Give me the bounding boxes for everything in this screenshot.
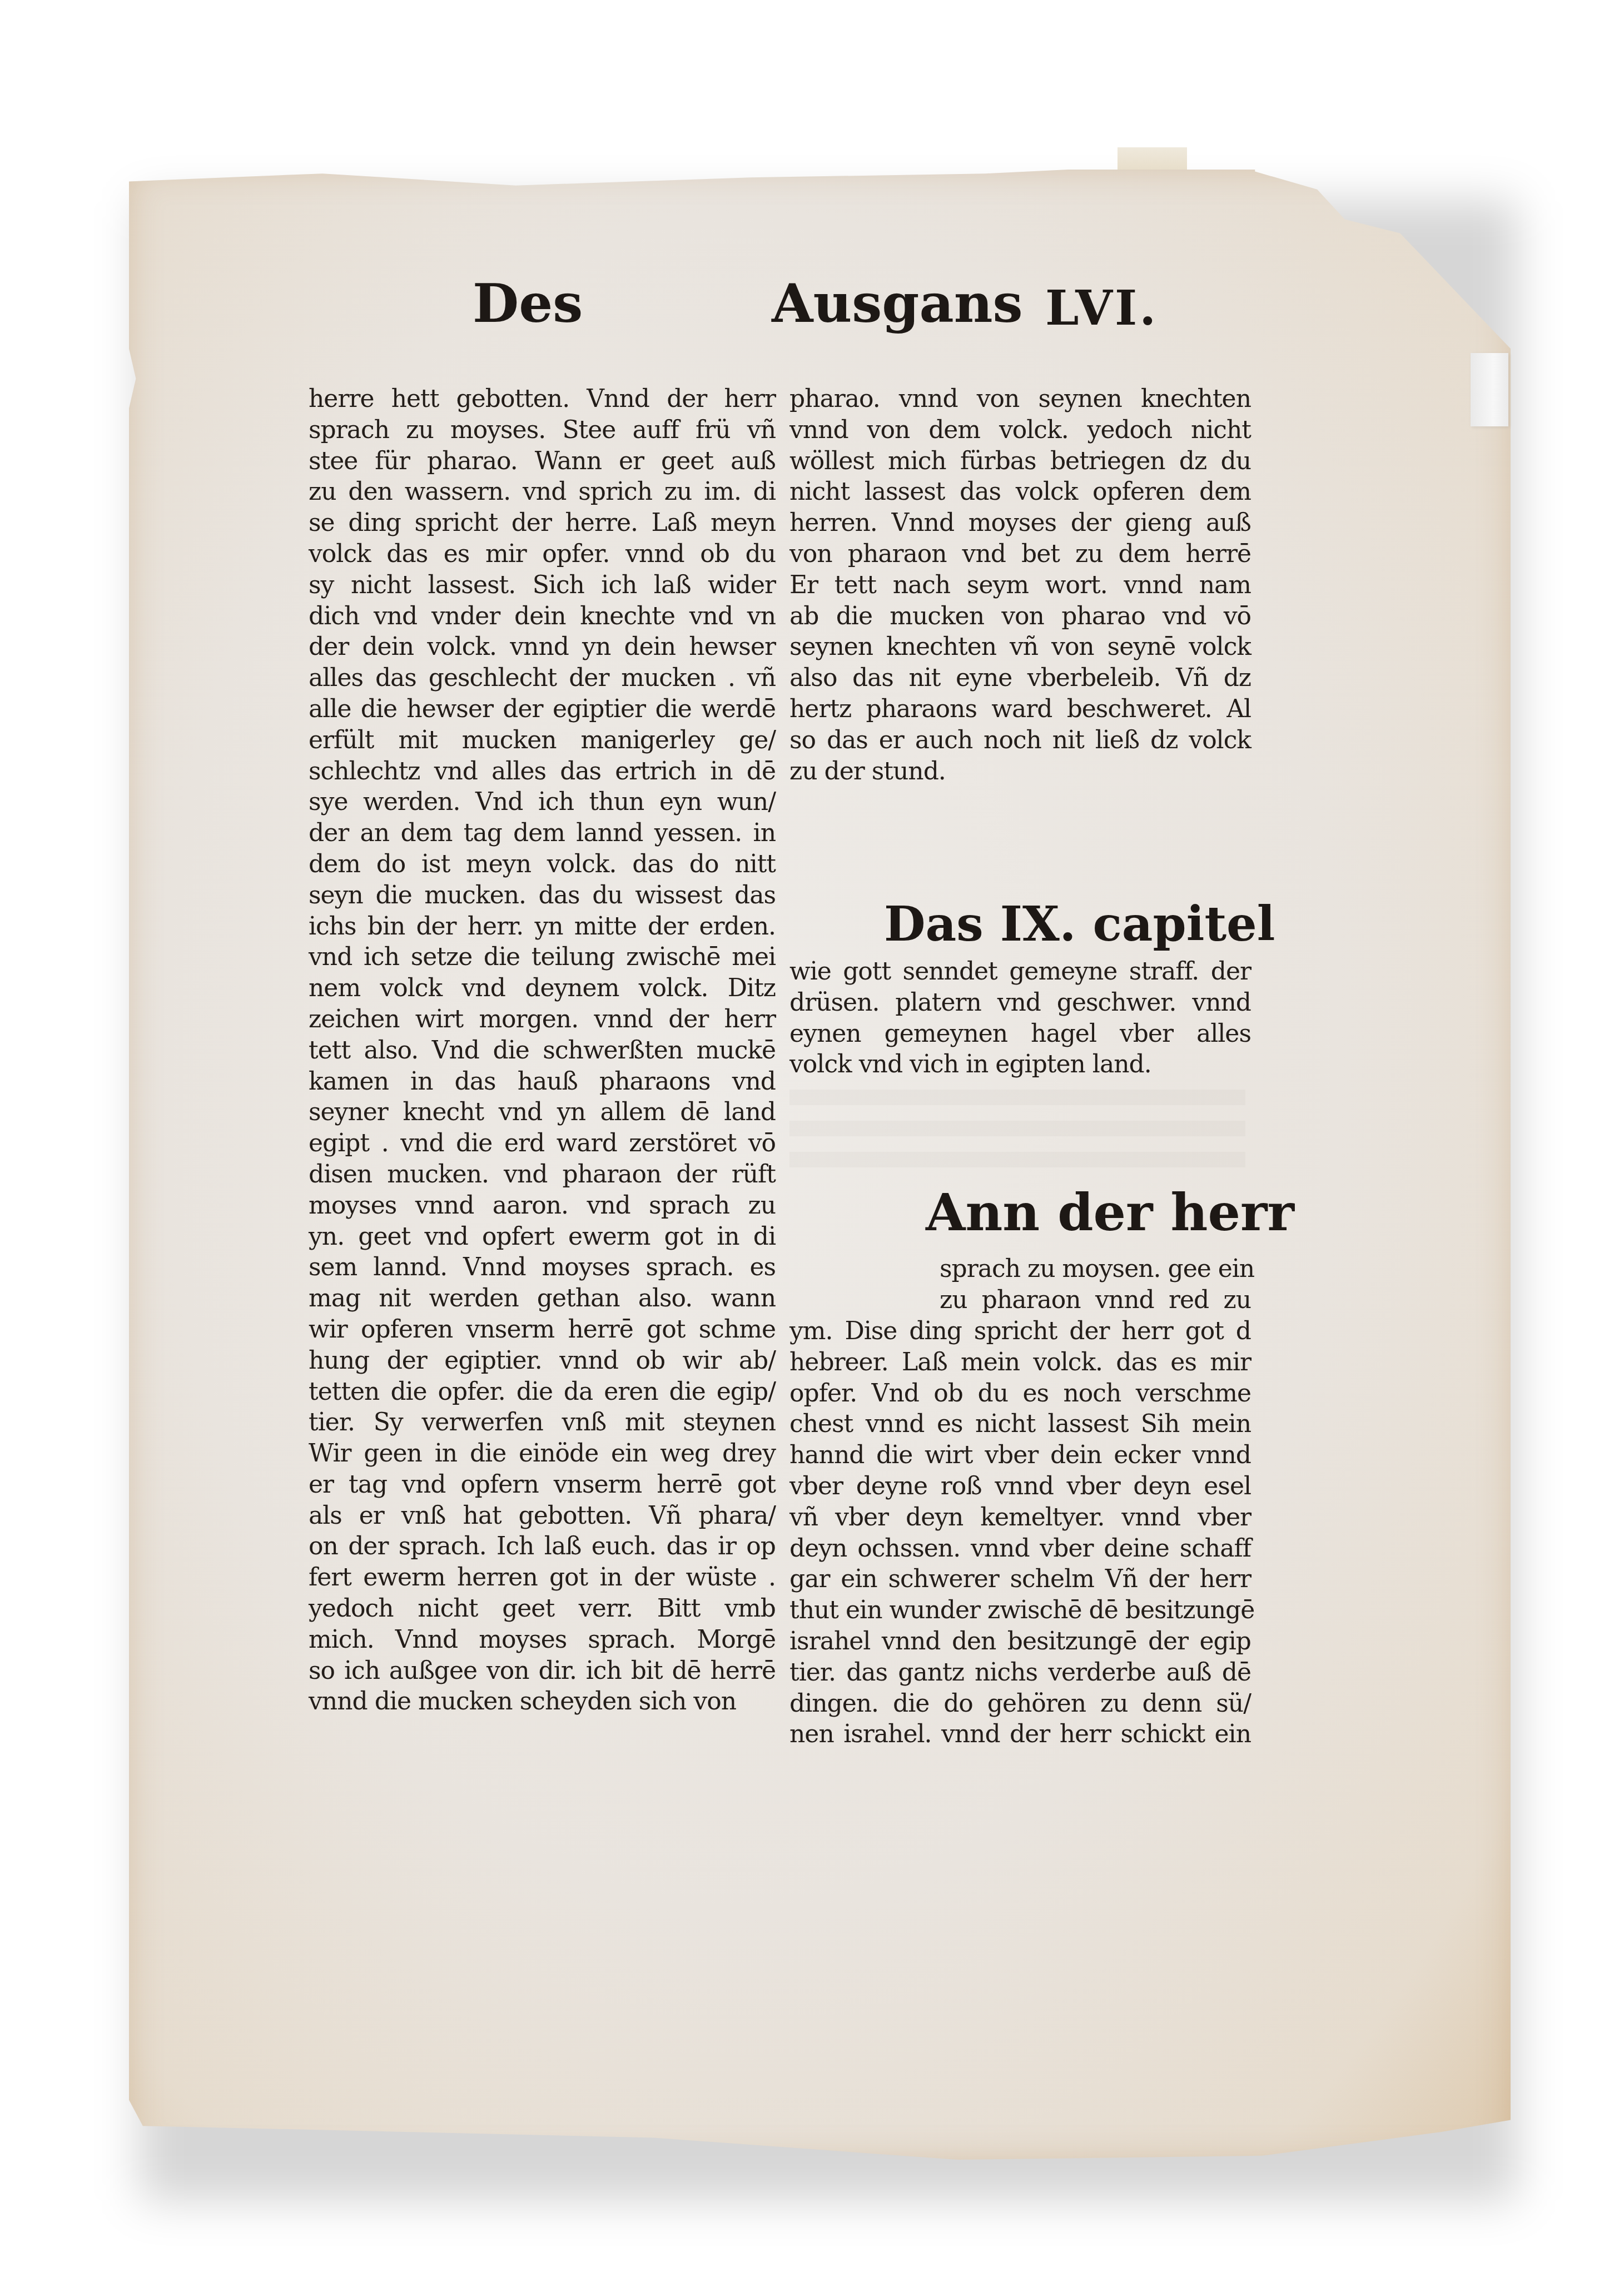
text-line: stee für pharao. Wann er geet auß (309, 446, 776, 477)
text-line: Wir geen in die einöde ein weg drey (309, 1438, 776, 1469)
text-line: erfült mit mucken manigerley ge/ (309, 725, 776, 756)
text-line: sem lannd. Vnnd moyses sprach. es (309, 1252, 776, 1283)
text-line: hebreer. Laß mein volck. das es mir (789, 1347, 1251, 1378)
text-line: yedoch nicht geet verr. Bitt vmb (309, 1593, 776, 1624)
text-line: herre hett gebotten. Vnnd der herr (309, 384, 776, 415)
text-line: herren. Vnnd moyses der gieng auß (789, 508, 1251, 539)
text-line: hertz pharaons ward beschweret. Al (789, 694, 1251, 725)
right-column-top: pharao. vnnd von seynen knechtenvnnd von… (789, 384, 1251, 787)
text-line: gar ein schwerer schelm Vñ der herr (789, 1564, 1251, 1595)
text-line: volck das es mir opfer. vnnd ob du (309, 539, 776, 570)
text-line: vnnd die mucken scheyden sich von (309, 1686, 776, 1717)
text-line: schlechtz vnd alles das ertrich in dē (309, 756, 776, 787)
chapter-heading: Das IX. capitel (884, 901, 1275, 948)
text-line: egipt . vnd die erd ward zerstöret vō (309, 1128, 776, 1159)
text-line: tett also. Vnd die schwerßten muckē (309, 1035, 776, 1066)
text-line: ab die mucken von pharao vnd vō (789, 601, 1251, 632)
text-line: vber deyne roß vnnd vber deyn esel (789, 1471, 1251, 1502)
hinge-tape (1471, 353, 1508, 426)
text-line: yn. geet vnd opfert ewerm got in di (309, 1221, 776, 1252)
text-line: tetten die opfer. die da eren die egip/ (309, 1376, 776, 1408)
initial-heading: Ann der herr (926, 1187, 1294, 1238)
text-line: ym. Dise ding spricht der herr got d (789, 1316, 1251, 1347)
text-line: wöllest mich fürbas betriegen dz du (789, 446, 1251, 477)
text-line: sprach zu moyses. Stee auff frü vñ (309, 415, 776, 446)
right-column-body: ym. Dise ding spricht der herr got dhebr… (789, 1316, 1251, 1750)
text-line: vnnd von dem volck. yedoch nicht (789, 415, 1251, 446)
text-line: moyses vnnd aaron. vnd sprach zu (309, 1190, 776, 1221)
text-line: vnd ich setze die teilung zwischē mei (309, 942, 776, 973)
text-line: pharao. vnnd von seynen knechten (789, 384, 1251, 415)
chapter-summary: wie gott senndet gemeyne straff. derdrüs… (789, 956, 1251, 1080)
text-line: se ding spricht der herre. Laß meyn (309, 508, 776, 539)
text-line: zu pharaon vnnd red zu (940, 1285, 1251, 1316)
running-head-left: Des (473, 277, 583, 330)
text-line: sye werden. Vnd ich thun eyn wun/ (309, 787, 776, 818)
folio-number: LVI. (1045, 285, 1158, 332)
text-line: Er tett nach seym wort. vnnd nam (789, 570, 1251, 601)
text-line: zu der stund. (789, 756, 1251, 787)
text-line: seynen knechten vñ von seynē volck (789, 632, 1251, 663)
text-line: sprach zu moysen. gee ein (940, 1254, 1251, 1285)
text-line: wie gott senndet gemeyne straff. der (789, 956, 1251, 987)
text-line: alle die hewser der egiptier die werdē (309, 694, 776, 725)
text-line: vñ vber deyn kemeltyer. vnnd vber (789, 1502, 1251, 1533)
text-line: fert ewerm herren got in der wüste . (309, 1562, 776, 1593)
text-line: von pharaon vnd bet zu dem herrē (789, 539, 1251, 570)
text-line: opfer. Vnd ob du es noch verschme (789, 1378, 1251, 1409)
running-head-center: Ausgans (772, 277, 1023, 330)
text-line: nicht lassest das volck opferen dem (789, 476, 1251, 508)
text-line: volck vnd vich in egipten land. (789, 1049, 1251, 1080)
left-column: herre hett gebotten. Vnnd der herrsprach… (309, 384, 776, 1717)
text-line: also das nit eyne vberbeleib. Vñ dz (789, 663, 1251, 694)
text-line: tier. das gantz nichs verderbe auß dē (789, 1657, 1251, 1688)
text-line: on der sprach. Ich laß euch. das ir op (309, 1531, 776, 1562)
text-line: so ich außgee von dir. ich bit dē herrē (309, 1655, 776, 1687)
text-line: als er vnß hat gebotten. Vñ phara/ (309, 1500, 776, 1532)
text-line: dem do ist meyn volck. das do nitt (309, 849, 776, 880)
text-line: alles das geschlecht der mucken . vñ (309, 663, 776, 694)
show-through-text (789, 1090, 1245, 1179)
text-line: deyn ochssen. vnnd vber deine schaff (789, 1533, 1251, 1564)
text-line: dingen. die do gehören zu denn sü/ (789, 1688, 1251, 1719)
text-line: israhel vnnd den besitzungē der egip (789, 1626, 1251, 1657)
text-line: er tag vnd opfern vnserm herrē got (309, 1469, 776, 1500)
text-line: drüsen. platern vnd geschwer. vnnd (789, 987, 1251, 1018)
text-line: nem volck vnd deynem volck. Ditz (309, 973, 776, 1004)
text-line: seyn die mucken. das du wissest das (309, 880, 776, 911)
text-line: zu den wassern. vnd sprich zu im. di (309, 476, 776, 508)
text-line: mich. Vnnd moyses sprach. Morgē (309, 1624, 776, 1655)
text-line: mag nit werden gethan also. wann (309, 1283, 776, 1314)
text-line: sy nicht lassest. Sich ich laß wider (309, 570, 776, 601)
text-line: disen mucken. vnd pharaon der rüft (309, 1159, 776, 1190)
text-line: nen israhel. vnnd der herr schickt ein (789, 1719, 1251, 1750)
text-line: so das er auch noch nit ließ dz volck (789, 725, 1251, 756)
text-line: wir opferen vnserm herrē got schme (309, 1314, 776, 1345)
text-line: hannd die wirt vber dein ecker vnnd (789, 1440, 1251, 1471)
text-line: seyner knecht vnd yn allem dē land (309, 1097, 776, 1128)
indented-lines: sprach zu moysen. gee einzu pharaon vnnd… (940, 1254, 1251, 1316)
text-line: der dein volck. vnnd yn dein hewser (309, 632, 776, 663)
text-line: thut ein wunder zwischē dē besitzungē (789, 1595, 1251, 1626)
text-line: dich vnd vnder dein knechte vnd vn (309, 601, 776, 632)
text-line: chest vnnd es nicht lassest Sih mein (789, 1409, 1251, 1440)
text-line: kamen in das hauß pharaons vnd (309, 1066, 776, 1097)
text-line: zeichen wirt morgen. vnnd der herr (309, 1004, 776, 1035)
text-line: eynen gemeynen hagel vber alles (789, 1018, 1251, 1050)
text-line: ichs bin der herr. yn mitte der erden. (309, 911, 776, 942)
text-line: hung der egiptier. vnnd ob wir ab/ (309, 1345, 776, 1376)
text-line: tier. Sy verwerfen vnß mit steynen (309, 1407, 776, 1438)
text-line: der an dem tag dem lannd yessen. in (309, 818, 776, 849)
